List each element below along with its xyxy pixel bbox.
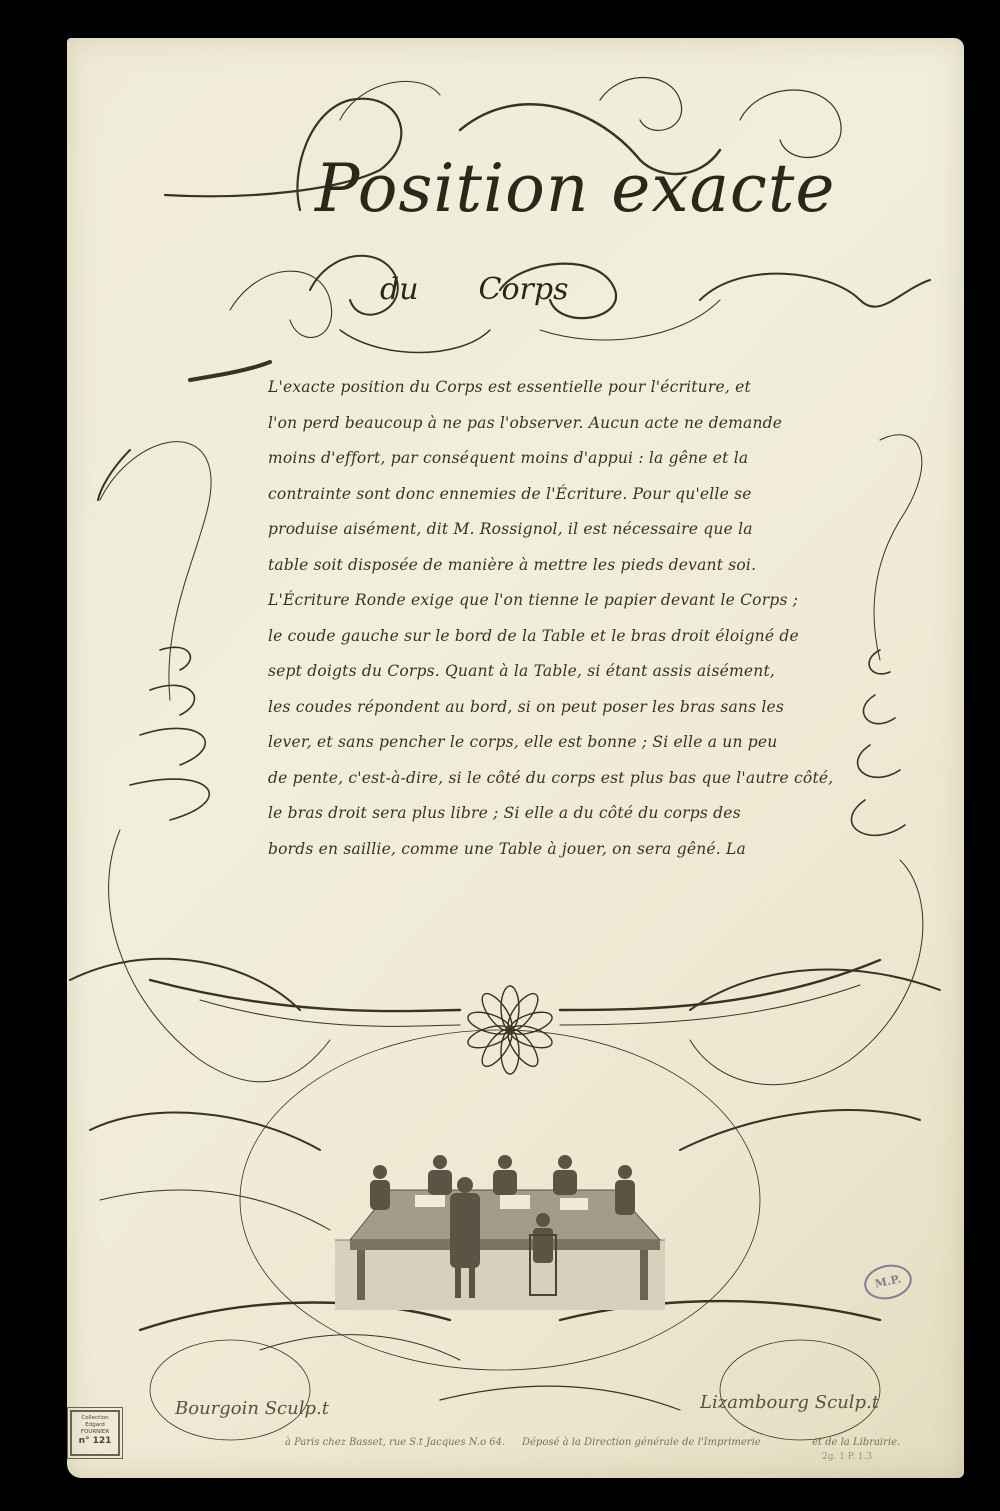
engraver-signature-left: Bourgoin Sculp.t [175, 1398, 329, 1419]
shelfmark: 2g. 1 P. 1.3 [822, 1452, 872, 1462]
body-line: produise aisément, dit M. Rossignol, il … [268, 512, 848, 548]
stamp-line: FOURNIER [72, 1429, 118, 1436]
body-text: L'exacte position du Corps est essentiel… [268, 370, 848, 867]
body-line: l'on perd beaucoup à ne pas l'observer. … [268, 406, 848, 442]
body-line: lever, et sans pencher le corps, elle es… [268, 725, 848, 761]
document-title: Position exacte [315, 150, 835, 227]
stamp-line: Edgard [72, 1422, 118, 1429]
body-line: table soit disposée de manière à mettre … [268, 548, 848, 584]
engraver-signature-right: Lizambourg Sculp.t [700, 1392, 879, 1413]
collection-stamp: Collection Edgard FOURNIER n° 121 [70, 1410, 120, 1456]
subtitle-word-2: Corps [479, 272, 569, 307]
body-line: moins d'effort, par conséquent moins d'a… [268, 441, 848, 477]
imprint-publisher: à Paris chez Basset, rue S.t Jacques N.o… [285, 1437, 505, 1448]
body-line: le coude gauche sur le bord de la Table … [268, 619, 848, 655]
imprint-deposit: Déposé à la Direction générale de l'Impr… [522, 1437, 761, 1448]
body-line: bords en saillie, comme une Table à joue… [268, 832, 848, 868]
body-line: L'Écriture Ronde exige que l'on tienne l… [268, 583, 848, 619]
stamp-line: Collection [72, 1415, 118, 1422]
stamp-number: n° 121 [72, 1438, 118, 1445]
imprint-librairie: et de la Librairie. [812, 1437, 900, 1448]
body-line: sept doigts du Corps. Quant à la Table, … [268, 654, 848, 690]
body-line: de pente, c'est-à-dire, si le côté du co… [268, 761, 848, 797]
body-line: L'exacte position du Corps est essentiel… [268, 370, 848, 406]
body-line: les coudes répondent au bord, si on peut… [268, 690, 848, 726]
body-line: contrainte sont donc ennemies de l'Écrit… [268, 477, 848, 513]
document-subtitle: duCorps [380, 272, 569, 307]
subtitle-word-1: du [380, 272, 419, 307]
body-line: le bras droit sera plus libre ; Si elle … [268, 796, 848, 832]
classroom-engraving [335, 1140, 665, 1310]
